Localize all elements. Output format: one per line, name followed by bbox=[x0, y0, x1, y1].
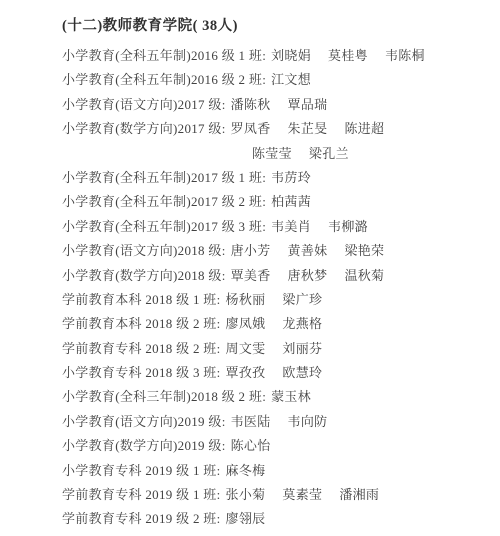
class-roster-line: 小学教育(全科五年制)2017 级 1 班:韦苈玲 bbox=[62, 166, 470, 190]
class-roster-line: 学前教育专科 2018 级 2 班:周文雯刘丽芬 bbox=[62, 337, 470, 361]
class-roster-line: 学前教育专科 2019 级 1 班:张小菊莫素莹潘湘雨 bbox=[62, 483, 470, 507]
student-name: 梁孔兰 bbox=[309, 146, 349, 161]
student-name: 黄善妹 bbox=[288, 243, 328, 258]
student-name: 潘湘雨 bbox=[339, 487, 379, 502]
class-label: 小学教育专科 2019 级 1 班: bbox=[62, 463, 221, 478]
class-label: 小学教育(语文方向)2019 级: bbox=[62, 414, 226, 429]
student-name: 张小菊 bbox=[226, 487, 266, 502]
student-name: 陈莹莹 bbox=[252, 146, 292, 161]
class-label: 学前教育专科 2019 级 2 班: bbox=[62, 511, 221, 526]
class-roster-line: 学前教育本科 2018 级 1 班:杨秋丽梁广珍 bbox=[62, 288, 470, 312]
student-name: 龙燕格 bbox=[282, 316, 322, 331]
student-name: 麻冬梅 bbox=[226, 463, 266, 478]
document-page: (十二)教师教育学院( 38人) 小学教育(全科五年制)2016 级 1 班:刘… bbox=[0, 0, 500, 536]
section-title: (十二)教师教育学院( 38人) bbox=[62, 14, 470, 38]
roster-lines: 小学教育(全科五年制)2016 级 1 班:刘晓娟莫桂粤韦陈桐小学教育(全科五年… bbox=[62, 44, 470, 532]
student-name: 韦向防 bbox=[288, 414, 328, 429]
class-label: 小学教育(全科三年制)2018 级 2 班: bbox=[62, 389, 266, 404]
roster-content: (十二)教师教育学院( 38人) 小学教育(全科五年制)2016 级 1 班:刘… bbox=[0, 0, 500, 532]
student-name: 廖翎辰 bbox=[226, 511, 266, 526]
student-name: 莫素莹 bbox=[282, 487, 322, 502]
student-name: 刘丽芬 bbox=[282, 341, 322, 356]
class-label: 小学教育(语文方向)2017 级: bbox=[62, 97, 226, 112]
class-roster-line: 小学教育专科 2018 级 3 班:覃孜孜欧慧玲 bbox=[62, 361, 470, 385]
class-roster-line: 学前教育本科 2018 级 2 班:廖凤娥龙燕格 bbox=[62, 312, 470, 336]
class-roster-line: 小学教育(语文方向)2017 级:潘陈秋覃品瑞 bbox=[62, 93, 470, 117]
class-label: 小学教育(数学方向)2017 级: bbox=[62, 121, 226, 136]
class-roster-line: 小学教育(全科五年制)2017 级 3 班:韦美肖韦柳潞 bbox=[62, 215, 470, 239]
student-name: 韦医陆 bbox=[231, 414, 271, 429]
class-roster-line: 小学教育(全科五年制)2016 级 2 班:江文想 bbox=[62, 68, 470, 92]
class-label: 小学教育专科 2018 级 3 班: bbox=[62, 365, 221, 380]
class-label: 学前教育本科 2018 级 1 班: bbox=[62, 292, 221, 307]
student-name: 梁艳荣 bbox=[344, 243, 384, 258]
class-label: 小学教育(全科五年制)2016 级 2 班: bbox=[62, 72, 266, 87]
class-label: 学前教育专科 2019 级 1 班: bbox=[62, 487, 221, 502]
class-roster-line: 小学教育(数学方向)2017 级:罗凤香朱芷旻陈进超 bbox=[62, 117, 470, 141]
class-label: 小学教育(全科五年制)2017 级 3 班: bbox=[62, 219, 266, 234]
student-name: 陈心怡 bbox=[231, 438, 271, 453]
student-name: 杨秋丽 bbox=[226, 292, 266, 307]
student-name: 潘陈秋 bbox=[231, 97, 271, 112]
class-roster-line: 小学教育(全科五年制)2016 级 1 班:刘晓娟莫桂粤韦陈桐 bbox=[62, 44, 470, 68]
student-name: 覃孜孜 bbox=[226, 365, 266, 380]
class-label: 学前教育专科 2018 级 2 班: bbox=[62, 341, 221, 356]
student-name: 蒙玉林 bbox=[271, 389, 311, 404]
class-label: 小学教育(数学方向)2019 级: bbox=[62, 438, 226, 453]
student-name: 韦苈玲 bbox=[271, 170, 311, 185]
class-label: 小学教育(数学方向)2018 级: bbox=[62, 268, 226, 283]
class-roster-line: 小学教育(全科三年制)2018 级 2 班:蒙玉林 bbox=[62, 385, 470, 409]
class-label: 小学教育(全科五年制)2017 级 2 班: bbox=[62, 194, 266, 209]
student-name: 柏茜茜 bbox=[271, 194, 311, 209]
student-name: 刘晓娟 bbox=[271, 48, 311, 63]
student-name: 莫桂粤 bbox=[328, 48, 368, 63]
class-roster-line: 学前教育专科 2019 级 2 班:廖翎辰 bbox=[62, 507, 470, 531]
class-label: 小学教育(语文方向)2018 级: bbox=[62, 243, 226, 258]
class-roster-line: 小学教育(语文方向)2019 级:韦医陆韦向防 bbox=[62, 410, 470, 434]
class-roster-line: 小学教育(数学方向)2018 级:覃美香唐秋梦温秋菊 bbox=[62, 264, 470, 288]
student-name: 温秋菊 bbox=[344, 268, 384, 283]
student-name: 陈进超 bbox=[344, 121, 384, 136]
class-roster-line: 小学教育专科 2019 级 1 班:麻冬梅 bbox=[62, 459, 470, 483]
student-name: 韦柳潞 bbox=[328, 219, 368, 234]
student-name: 韦陈桐 bbox=[385, 48, 425, 63]
class-roster-line: 小学教育(全科五年制)2017 级 2 班:柏茜茜 bbox=[62, 190, 470, 214]
student-name: 朱芷旻 bbox=[288, 121, 328, 136]
student-name: 廖凤娥 bbox=[226, 316, 266, 331]
student-name: 梁广珍 bbox=[282, 292, 322, 307]
student-name: 欧慧玲 bbox=[282, 365, 322, 380]
student-name: 江文想 bbox=[271, 72, 311, 87]
class-label: 学前教育本科 2018 级 2 班: bbox=[62, 316, 221, 331]
class-roster-line: 陈莹莹梁孔兰 bbox=[62, 142, 470, 166]
student-name: 唐小芳 bbox=[231, 243, 271, 258]
student-name: 罗凤香 bbox=[231, 121, 271, 136]
class-label: 小学教育(全科五年制)2017 级 1 班: bbox=[62, 170, 266, 185]
student-name: 覃美香 bbox=[231, 268, 271, 283]
student-name: 覃品瑞 bbox=[288, 97, 328, 112]
student-name: 唐秋梦 bbox=[288, 268, 328, 283]
student-name: 周文雯 bbox=[226, 341, 266, 356]
class-roster-line: 小学教育(语文方向)2018 级:唐小芳黄善妹梁艳荣 bbox=[62, 239, 470, 263]
class-roster-line: 小学教育(数学方向)2019 级:陈心怡 bbox=[62, 434, 470, 458]
student-name: 韦美肖 bbox=[271, 219, 311, 234]
class-label: 小学教育(全科五年制)2016 级 1 班: bbox=[62, 48, 266, 63]
